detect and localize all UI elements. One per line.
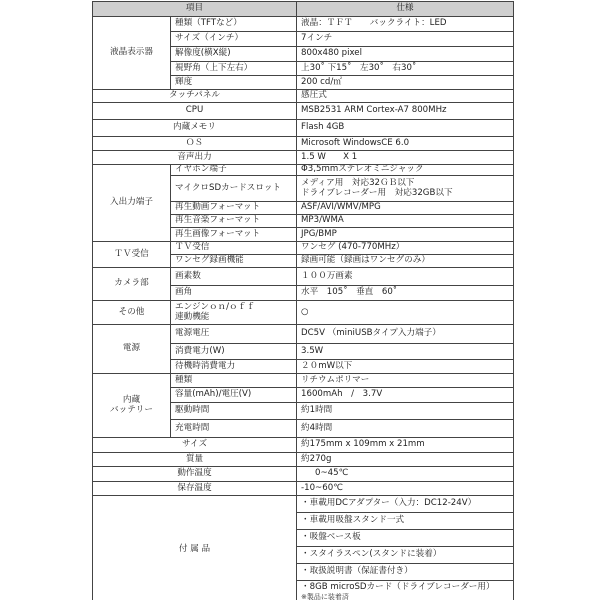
row-label: 駆動時間 <box>171 403 297 420</box>
row-label: 再生動画フォーマット <box>171 202 297 215</box>
table-row: 内蔵 バッテリー 種類 リチウムポリマー <box>93 374 514 388</box>
row-value: 約1時間 <box>297 403 514 420</box>
row-value: MP3/WMA <box>297 215 514 228</box>
row-label: 再生音楽フォーマット <box>171 215 297 228</box>
row-value: 0~45℃ <box>297 467 514 482</box>
row-value: ASF/AVI/WMV/MPG <box>297 202 514 215</box>
table-row: 音声出力 1.5 W X 1 <box>93 151 514 165</box>
row-label: 画素数 <box>171 268 297 286</box>
table-row: タッチパネル 感圧式 <box>93 90 514 103</box>
row-value: 1.5 W X 1 <box>297 151 514 165</box>
header-row: 項目 仕様 <box>93 2 514 17</box>
row-label: 解像度(横X縦) <box>171 47 297 62</box>
row-value: 感圧式 <box>297 90 514 103</box>
group-camera: カメラ部 <box>93 268 171 301</box>
row-label: 容量(mAh)/電圧(V) <box>171 388 297 403</box>
accessory-item: ・吸盤ベース板 <box>297 530 514 547</box>
table-row: ＴＶ受信 ＴＶ受信 ワンセグ (470-770MHz） <box>93 242 514 255</box>
battery-group-line2: バッテリー <box>97 406 166 416</box>
row-label: 視野角（上下左右） <box>171 62 297 76</box>
row-label: ＯＳ <box>93 137 297 151</box>
row-label: サイズ（インチ） <box>171 32 297 47</box>
row-value: DC5V （miniUSBタイプ入力端子） <box>297 325 514 344</box>
table-row: 内蔵メモリ Flash 4GB <box>93 120 514 137</box>
group-tv: ＴＶ受信 <box>93 242 171 268</box>
row-label: サイズ <box>93 438 297 453</box>
row-label: 種類 <box>171 374 297 388</box>
row-label: 消費電力(W) <box>171 344 297 360</box>
header-spec: 仕様 <box>297 2 514 17</box>
row-label: CPU <box>93 103 297 120</box>
row-value: 1600mAh / 3.7V <box>297 388 514 403</box>
row-label: 待機時消費電力 <box>171 360 297 374</box>
accessory-note: ※製品に装着済 <box>301 593 509 600</box>
row-value: 水平 105˚ 垂直 60˚ <box>297 286 514 301</box>
row-label: 電源電圧 <box>171 325 297 344</box>
row-value: JPG/BMP <box>297 228 514 242</box>
row-value: 約175mm x 109mm x 21mm <box>297 438 514 453</box>
group-battery: 内蔵 バッテリー <box>93 374 171 438</box>
group-io: 入出力端子 <box>93 165 171 242</box>
group-power: 電源 <box>93 325 171 374</box>
row-label: 種類（TFTなど） <box>171 17 297 32</box>
accessory-item: ・取扱説明書（保証書付き） <box>297 564 514 581</box>
row-value: 800x480 pixel <box>297 47 514 62</box>
row-label: 保存温度 <box>93 482 297 496</box>
row-value: １００万画素 <box>297 268 514 286</box>
table-row: 動作温度 0~45℃ <box>93 467 514 482</box>
row-label: マイクロSDカードスロット <box>171 176 297 202</box>
accessory-item: ・車載用DCアダプター（入力：DC12-24V） <box>297 496 514 513</box>
table-row: 付 属 品 ・車載用DCアダプター（入力：DC12-24V） <box>93 496 514 513</box>
engine-label-2: 連動機能 <box>175 313 292 323</box>
row-value: 録画可能（録画はワンセグのみ） <box>297 255 514 268</box>
table-row: 入出力端子 イヤホン端子 Φ3,5mmステレオミニジャック <box>93 165 514 176</box>
row-label: 再生画像フォーマット <box>171 228 297 242</box>
row-label: 動作温度 <box>93 467 297 482</box>
table-row: 液晶表示器 種類（TFTなど） 液晶：ＴＦＴ バックライト：LED <box>93 17 514 32</box>
row-label: 輝度 <box>171 76 297 90</box>
row-value: -10~60℃ <box>297 482 514 496</box>
row-value: ２０mW以下 <box>297 360 514 374</box>
accessory-item: ・スタイラスペン(スタンドに装着） <box>297 547 514 564</box>
row-label: 画角 <box>171 286 297 301</box>
row-value: Flash 4GB <box>297 120 514 137</box>
table-row: 質量 約270g <box>93 453 514 467</box>
sd-recorder-value: ドライブレコーダー用 対応32GB以下 <box>301 189 509 199</box>
group-other: その他 <box>93 301 171 325</box>
header-item: 項目 <box>93 2 297 17</box>
row-value: 3.5W <box>297 344 514 360</box>
row-label: ＴＶ受信 <box>171 242 297 255</box>
row-value: 7インチ <box>297 32 514 47</box>
spec-table: 項目 仕様 液晶表示器 種類（TFTなど） 液晶：ＴＦＴ バックライト：LED … <box>92 1 514 600</box>
row-value: リチウムポリマー <box>297 374 514 388</box>
row-value: MSB2531 ARM Cortex-A7 800MHz <box>297 103 514 120</box>
row-label: イヤホン端子 <box>171 165 297 176</box>
group-accessories: 付 属 品 <box>93 496 297 600</box>
row-label: 質量 <box>93 453 297 467</box>
row-value: 200 cd/㎡ <box>297 76 514 90</box>
row-value: ○ <box>297 301 514 325</box>
accessory-item: ・8GB microSDカード（ドライブレコーダー用） ※製品に装着済 <box>297 581 514 600</box>
row-value: Φ3,5mmステレオミニジャック <box>297 165 514 176</box>
group-lcd: 液晶表示器 <box>93 17 171 90</box>
accessory-sd-card: ・8GB microSDカード（ドライブレコーダー用） <box>301 583 509 593</box>
table-row: その他 エンジンｏｎ/ｏｆｆ 連動機能 ○ <box>93 301 514 325</box>
table-row: 保存温度 -10~60℃ <box>93 482 514 496</box>
table-row: カメラ部 画素数 １００万画素 <box>93 268 514 286</box>
row-label: 音声出力 <box>93 151 297 165</box>
table-row: サイズ 約175mm x 109mm x 21mm <box>93 438 514 453</box>
row-value: 約4時間 <box>297 420 514 438</box>
table-row: CPU MSB2531 ARM Cortex-A7 800MHz <box>93 103 514 120</box>
row-value: ワンセグ (470-770MHz） <box>297 242 514 255</box>
accessory-item: ・車載用吸盤スタンド一式 <box>297 513 514 530</box>
row-label: 内蔵メモリ <box>93 120 297 137</box>
row-value: 液晶：ＴＦＴ バックライト：LED <box>297 17 514 32</box>
table-row: ＯＳ Microsoft WindowsCE 6.0 <box>93 137 514 151</box>
row-value: メディア用 対応32ＧＢ以下 ドライブレコーダー用 対応32GB以下 <box>297 176 514 202</box>
row-label: 充電時間 <box>171 420 297 438</box>
row-value: 約270g <box>297 453 514 467</box>
row-label: ワンセグ録画機能 <box>171 255 297 268</box>
row-value: 上30˚ 下15˚ 左30˚ 右30˚ <box>297 62 514 76</box>
table-row: 電源 電源電圧 DC5V （miniUSBタイプ入力端子） <box>93 325 514 344</box>
row-label: タッチパネル <box>93 90 297 103</box>
row-value: Microsoft WindowsCE 6.0 <box>297 137 514 151</box>
row-label: エンジンｏｎ/ｏｆｆ 連動機能 <box>171 301 297 325</box>
